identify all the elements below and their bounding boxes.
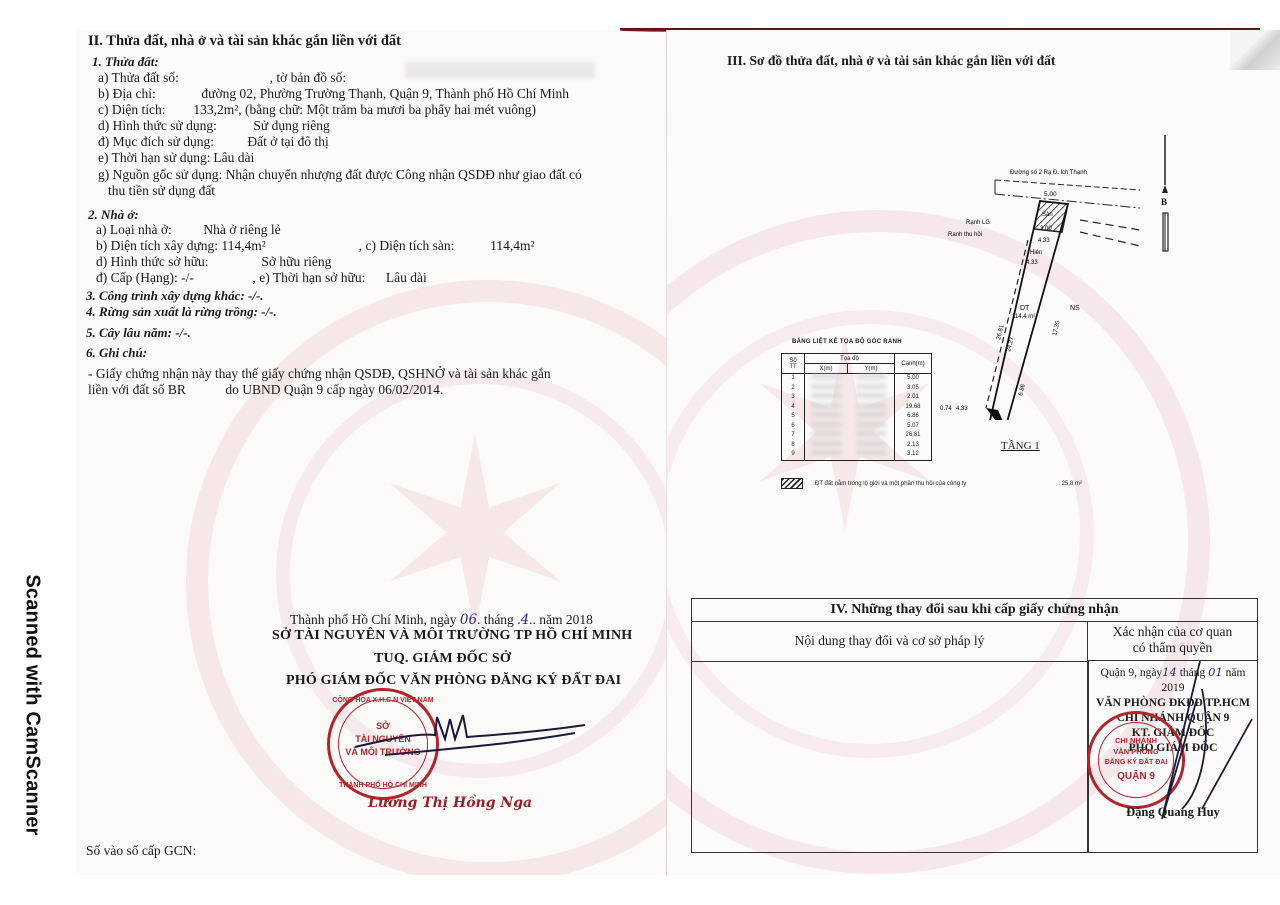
grade-value: -/- (181, 270, 249, 286)
coord-x-redacted (805, 422, 848, 432)
parcel-number-field: a) Thửa đất số: , tờ bản đồ số: (98, 70, 346, 86)
coord-table-title: BẢNG LIỆT KÊ TỌA ĐỘ GÓC RANH (792, 339, 902, 345)
section-iii-title: III. Sơ đồ thửa đất, nhà ở và tài sản kh… (727, 53, 1055, 69)
north-arrow-icon: B (1155, 135, 1175, 255)
coord-table: Số TT Tọa độ Cạnh(m) X(m) Y(m) 15.0023.0… (781, 353, 932, 461)
house-type-label: a) Loại nhà ở: (96, 222, 200, 238)
signature-left (345, 705, 595, 765)
page-fold (666, 30, 667, 875)
area-value: 133,2m², (bằng chữ: Một trăm ba mươi ba … (193, 102, 536, 117)
address-label: b) Địa chỉ: (98, 86, 198, 102)
svg-text:Sân: Sân (1042, 212, 1053, 218)
map-sheet-label: , tờ bản đồ số: (270, 70, 347, 85)
col-coords: Tọa độ (805, 354, 895, 364)
purpose-label: đ) Mục đích sử dụng: (98, 134, 244, 150)
coord-row-number: 3 (782, 393, 805, 403)
svg-text:5.00: 5.00 (1044, 191, 1057, 198)
production-forest: 4. Rừng sản xuất là rừng trồng: -/-. (86, 304, 277, 320)
coord-table-row: 23.05 (782, 384, 932, 394)
svg-text:114.4 m²: 114.4 m² (1012, 314, 1035, 320)
coord-x-redacted (805, 431, 848, 441)
authorization-line: TUQ. GIÁM ĐỐC SỞ (374, 651, 511, 667)
svg-text:B: B (1161, 197, 1167, 207)
coord-table-row: 82.13 (782, 441, 932, 451)
svg-text:4.33: 4.33 (956, 406, 968, 412)
coord-x-redacted (805, 412, 848, 422)
left-signer-name: Lương Thị Hồng Nga (368, 795, 532, 811)
perennial-trees: 5. Cây lâu năm: -/-. (86, 325, 191, 341)
issue-date-line: Thành phố Hồ Chí Minh, ngày 06. tháng .4… (290, 612, 593, 628)
coord-edge-length: 2.13 (895, 441, 932, 451)
grade-field: đ) Cấp (Hạng): -/- , e) Thời hạn sở hữu:… (96, 270, 427, 286)
house-type-field: a) Loại nhà ở: Nhà ở riêng lẻ (96, 222, 281, 238)
svg-text:Ranh thu hồi: Ranh thu hồi (948, 232, 982, 238)
issue-year: 2018 (566, 612, 593, 627)
svg-text:0.74: 0.74 (940, 406, 952, 412)
notes-line-1: - Giấy chứng nhận này thay thế giấy chứn… (88, 366, 551, 382)
coord-y-redacted (848, 441, 895, 451)
build-area-value: 114,4m² (221, 238, 355, 254)
coord-table-row: 93.12 (782, 450, 932, 460)
site-plan-drawing: 5.00 Đường số 2 Rạ Đ. lch Thạnh Rạnh LG … (940, 160, 1140, 420)
col-y: Y(m) (848, 364, 895, 374)
seal-arc-bottom: THÀNH PHỐ HỒ CHÍ MINH (330, 782, 436, 789)
scanner-margin: Scanned with CamScanner (0, 0, 76, 905)
coord-table-row: 15.00 (782, 374, 932, 384)
area-field: c) Diện tích: 133,2m², (bằng chữ: Một tr… (98, 102, 536, 118)
origin-field: g) Nguồn gốc sử dụng: Nhận chuyển nhượng… (98, 167, 582, 183)
coord-edge-length: 5.07 (895, 422, 932, 432)
col-x: X(m) (805, 364, 848, 374)
origin-label: g) Nguồn gốc sử dụng: (98, 167, 222, 182)
coord-y-redacted (848, 403, 895, 413)
issue-month: 4 (521, 612, 530, 628)
coord-table-row: 56.86 (782, 412, 932, 422)
notes-heading: 6. Ghi chú: (86, 345, 147, 361)
coord-edge-length: 3.12 (895, 450, 932, 460)
camscanner-watermark: Scanned with CamScanner (21, 574, 44, 835)
coord-x-redacted (805, 374, 848, 384)
address-value: đường 02, Phường Trường Thạnh, Quận 9, T… (201, 86, 569, 101)
coord-y-redacted (848, 393, 895, 403)
origin-value: Nhận chuyển nhượng đất được Công nhận QS… (226, 167, 582, 182)
hatch-swatch-icon (781, 478, 803, 489)
coord-row-number: 5 (782, 412, 805, 422)
use-form-field: d) Hình thức sử dụng: Sử dụng riêng (98, 118, 330, 134)
use-form-value: Sử dụng riêng (253, 118, 329, 133)
issue-day: 06 (460, 612, 477, 628)
area-label: c) Diện tích: (98, 102, 190, 118)
coord-x-redacted (805, 393, 848, 403)
coord-x-redacted (805, 441, 848, 451)
coord-row-number: 7 (782, 431, 805, 441)
svg-text:17.35: 17.35 (1052, 320, 1062, 337)
coord-row-number: 8 (782, 441, 805, 451)
coord-row-number: 4 (782, 403, 805, 413)
svg-text:NS: NS (1070, 305, 1080, 312)
purpose-field: đ) Mục đích sử dụng: Đất ở tại đô thị (98, 134, 329, 150)
svg-text:26.81: 26.81 (996, 324, 1006, 341)
redacted-region (405, 62, 595, 78)
ownership-value: Sở hữu riêng (261, 254, 331, 269)
coord-x-redacted (805, 450, 848, 460)
gcn-register-number: Số vào sổ cấp GCN: (86, 843, 196, 859)
legend-value: : 25.8 m² (1058, 481, 1082, 487)
notes-line-2: liền với đất số BR do UBND Quận 9 cấp ng… (88, 382, 443, 398)
coord-table-row: 419.68 (782, 403, 932, 413)
page-corner-fold (1230, 30, 1280, 70)
changes-title: IV. Những thay đổi sau khi cấp giấy chứn… (692, 599, 1257, 622)
changes-table: IV. Những thay đổi sau khi cấp giấy chứn… (691, 598, 1258, 853)
coord-y-redacted (848, 412, 895, 422)
origin-value-continued: thu tiền sử dụng đất (108, 183, 215, 199)
col-edge: Cạnh(m) (895, 354, 932, 374)
section-ii-title: II. Thửa đất, nhà ở và tài sản khác gắn … (88, 33, 401, 50)
svg-text:3.00: 3.00 (1040, 226, 1052, 232)
land-heading: 1. Thửa đất: (92, 54, 159, 70)
svg-text:Hiên: Hiên (1030, 250, 1042, 256)
address-field: b) Địa chỉ: đường 02, Phường Trường Thạn… (98, 86, 569, 102)
road-label: Đường số 2 Rạ Đ. lch Thạnh (1010, 170, 1087, 176)
coord-edge-length: 19.68 (895, 403, 932, 413)
coord-edge-length: 2.01 (895, 393, 932, 403)
right-signer-name: Đặng Quang Huy (1089, 805, 1257, 820)
coord-y-redacted (848, 374, 895, 384)
coord-table-row: 726.81 (782, 431, 932, 441)
coord-edge-length: 5.00 (895, 374, 932, 384)
coord-row-number: 9 (782, 450, 805, 460)
house-type-value: Nhà ở riêng lẻ (203, 222, 280, 237)
coord-x-redacted (805, 384, 848, 394)
coord-row-number: 1 (782, 374, 805, 384)
floor-area-label: , c) Diện tích sàn: (359, 238, 487, 254)
own-term-label: , e) Thời hạn sở hữu: (252, 270, 382, 286)
other-construction: 3. Công trình xây dựng khác: -/-. (86, 288, 264, 304)
svg-text:24.27: 24.27 (1006, 336, 1016, 353)
svg-text:6.86: 6.86 (1018, 383, 1027, 396)
coord-y-redacted (848, 422, 895, 432)
coord-edge-length: 6.86 (895, 412, 932, 422)
legend-hatched-area: ĐT đất nằm trong lộ giới và một phần thu… (781, 478, 1082, 489)
coord-x-redacted (805, 403, 848, 413)
build-area-field: b) Diện tích xây dựng: 114,4m² , c) Diện… (96, 238, 535, 254)
svg-text:4.33: 4.33 (1038, 238, 1050, 244)
coord-row-number: 6 (782, 422, 805, 432)
house-heading: 2. Nhà ở: (88, 207, 139, 223)
coord-table-row: 65.07 (782, 422, 932, 432)
term-label: e) Thời hạn sử dụng: (98, 150, 210, 166)
parcel-label: a) Thửa đất số: (98, 70, 179, 85)
coord-edge-length: 26.81 (895, 431, 932, 441)
coord-y-redacted (848, 450, 895, 460)
build-area-label: b) Diện tích xây dựng: (96, 238, 218, 254)
changes-content-header: Nội dung thay đổi và cơ sở pháp lý (692, 621, 1087, 662)
signature-right (1142, 659, 1262, 829)
purpose-value: Đất ở tại đô thị (247, 134, 328, 149)
signer-title: PHÓ GIÁM ĐỐC VĂN PHÒNG ĐĂNG KÝ ĐẤT ĐAI (286, 673, 621, 689)
use-form-label: d) Hình thức sử dụng: (98, 118, 250, 134)
coord-y-redacted (848, 431, 895, 441)
svg-text:4.33: 4.33 (1026, 260, 1038, 266)
seal-arc-top: CỘNG HÒA X.H.C.N VIỆT NAM (330, 697, 436, 704)
floor-label: TẦNG 1 (1001, 440, 1040, 452)
floor-area-value: 114,4m² (490, 238, 534, 253)
svg-text:DT: DT (1020, 305, 1030, 312)
grade-label: đ) Cấp (Hạng): (96, 270, 178, 285)
coord-row-number: 2 (782, 384, 805, 394)
term-value: Lâu dài (213, 150, 254, 165)
svg-text:Rạnh LG: Rạnh LG (966, 220, 990, 226)
term-field: e) Thời hạn sử dụng: Lâu dài (98, 150, 254, 166)
ownership-label: d) Hình thức sở hữu: (96, 254, 258, 270)
legend-text: ĐT đất nằm trong lộ giới và một phần thu… (815, 481, 966, 487)
coord-table-row: 32.01 (782, 393, 932, 403)
changes-confirm-header: Xác nhận của cơ quan có thẩm quyền (1087, 621, 1257, 661)
coord-edge-length: 3.05 (895, 384, 932, 394)
ownership-field: d) Hình thức sở hữu: Sở hữu riêng (96, 254, 331, 270)
col-no: Số TT (782, 354, 805, 374)
own-term-value: Lâu dài (386, 270, 427, 285)
issuing-department: SỞ TÀI NGUYÊN VÀ MÔI TRƯỜNG TP HỒ CHÍ MI… (272, 628, 632, 644)
coord-y-redacted (848, 384, 895, 394)
